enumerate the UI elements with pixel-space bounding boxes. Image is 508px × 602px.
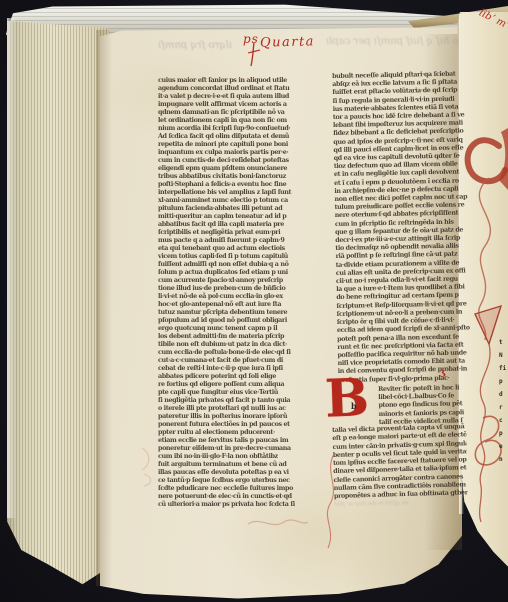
guide-letter: b bbox=[351, 401, 357, 411]
initial-paragraph-rest: talia vel dicta provent·tala capta vſ un… bbox=[332, 423, 468, 505]
rubricated-initial-B: B bbox=[324, 373, 370, 425]
inner-margin-shadow bbox=[96, 30, 112, 586]
book-photograph: ılqro ſrq pnmſı o hıſ q ſuiſ pnmſı per c… bbox=[0, 0, 508, 602]
right-page-text-sliver: t N fi p d r c p e n bbox=[499, 336, 508, 486]
text-column-right: bubult neceſſe aliquid pſtari·qa ſciebat… bbox=[332, 70, 471, 385]
gutter-pen-squiggle bbox=[322, 452, 342, 552]
text-column-left: cuius maior eſt ſanior ps in aliquod uti… bbox=[158, 76, 310, 510]
showthrough-text-right: o hıſ q ſuiſ pnmſı per caplı bbox=[326, 36, 459, 47]
left-page-edge-stack bbox=[7, 18, 109, 590]
header-title: Quarta bbox=[260, 34, 315, 50]
margin-faint-marks bbox=[138, 444, 160, 488]
red-paragraph-mark: ʒ bbox=[440, 368, 446, 378]
initial-paragraph-indented: Reviter ſic poteſt in hoc li libel·cõci·… bbox=[378, 384, 467, 428]
page-stack-highlight bbox=[7, 18, 17, 518]
bottom-pen-squiggle bbox=[246, 514, 310, 532]
showthrough-line-left: cõtra refigio bõiũ oĩa excõnicatõ rõni bbox=[170, 500, 273, 506]
showthrough-text-left: ılqro ſrq pnmſı bbox=[158, 40, 232, 51]
